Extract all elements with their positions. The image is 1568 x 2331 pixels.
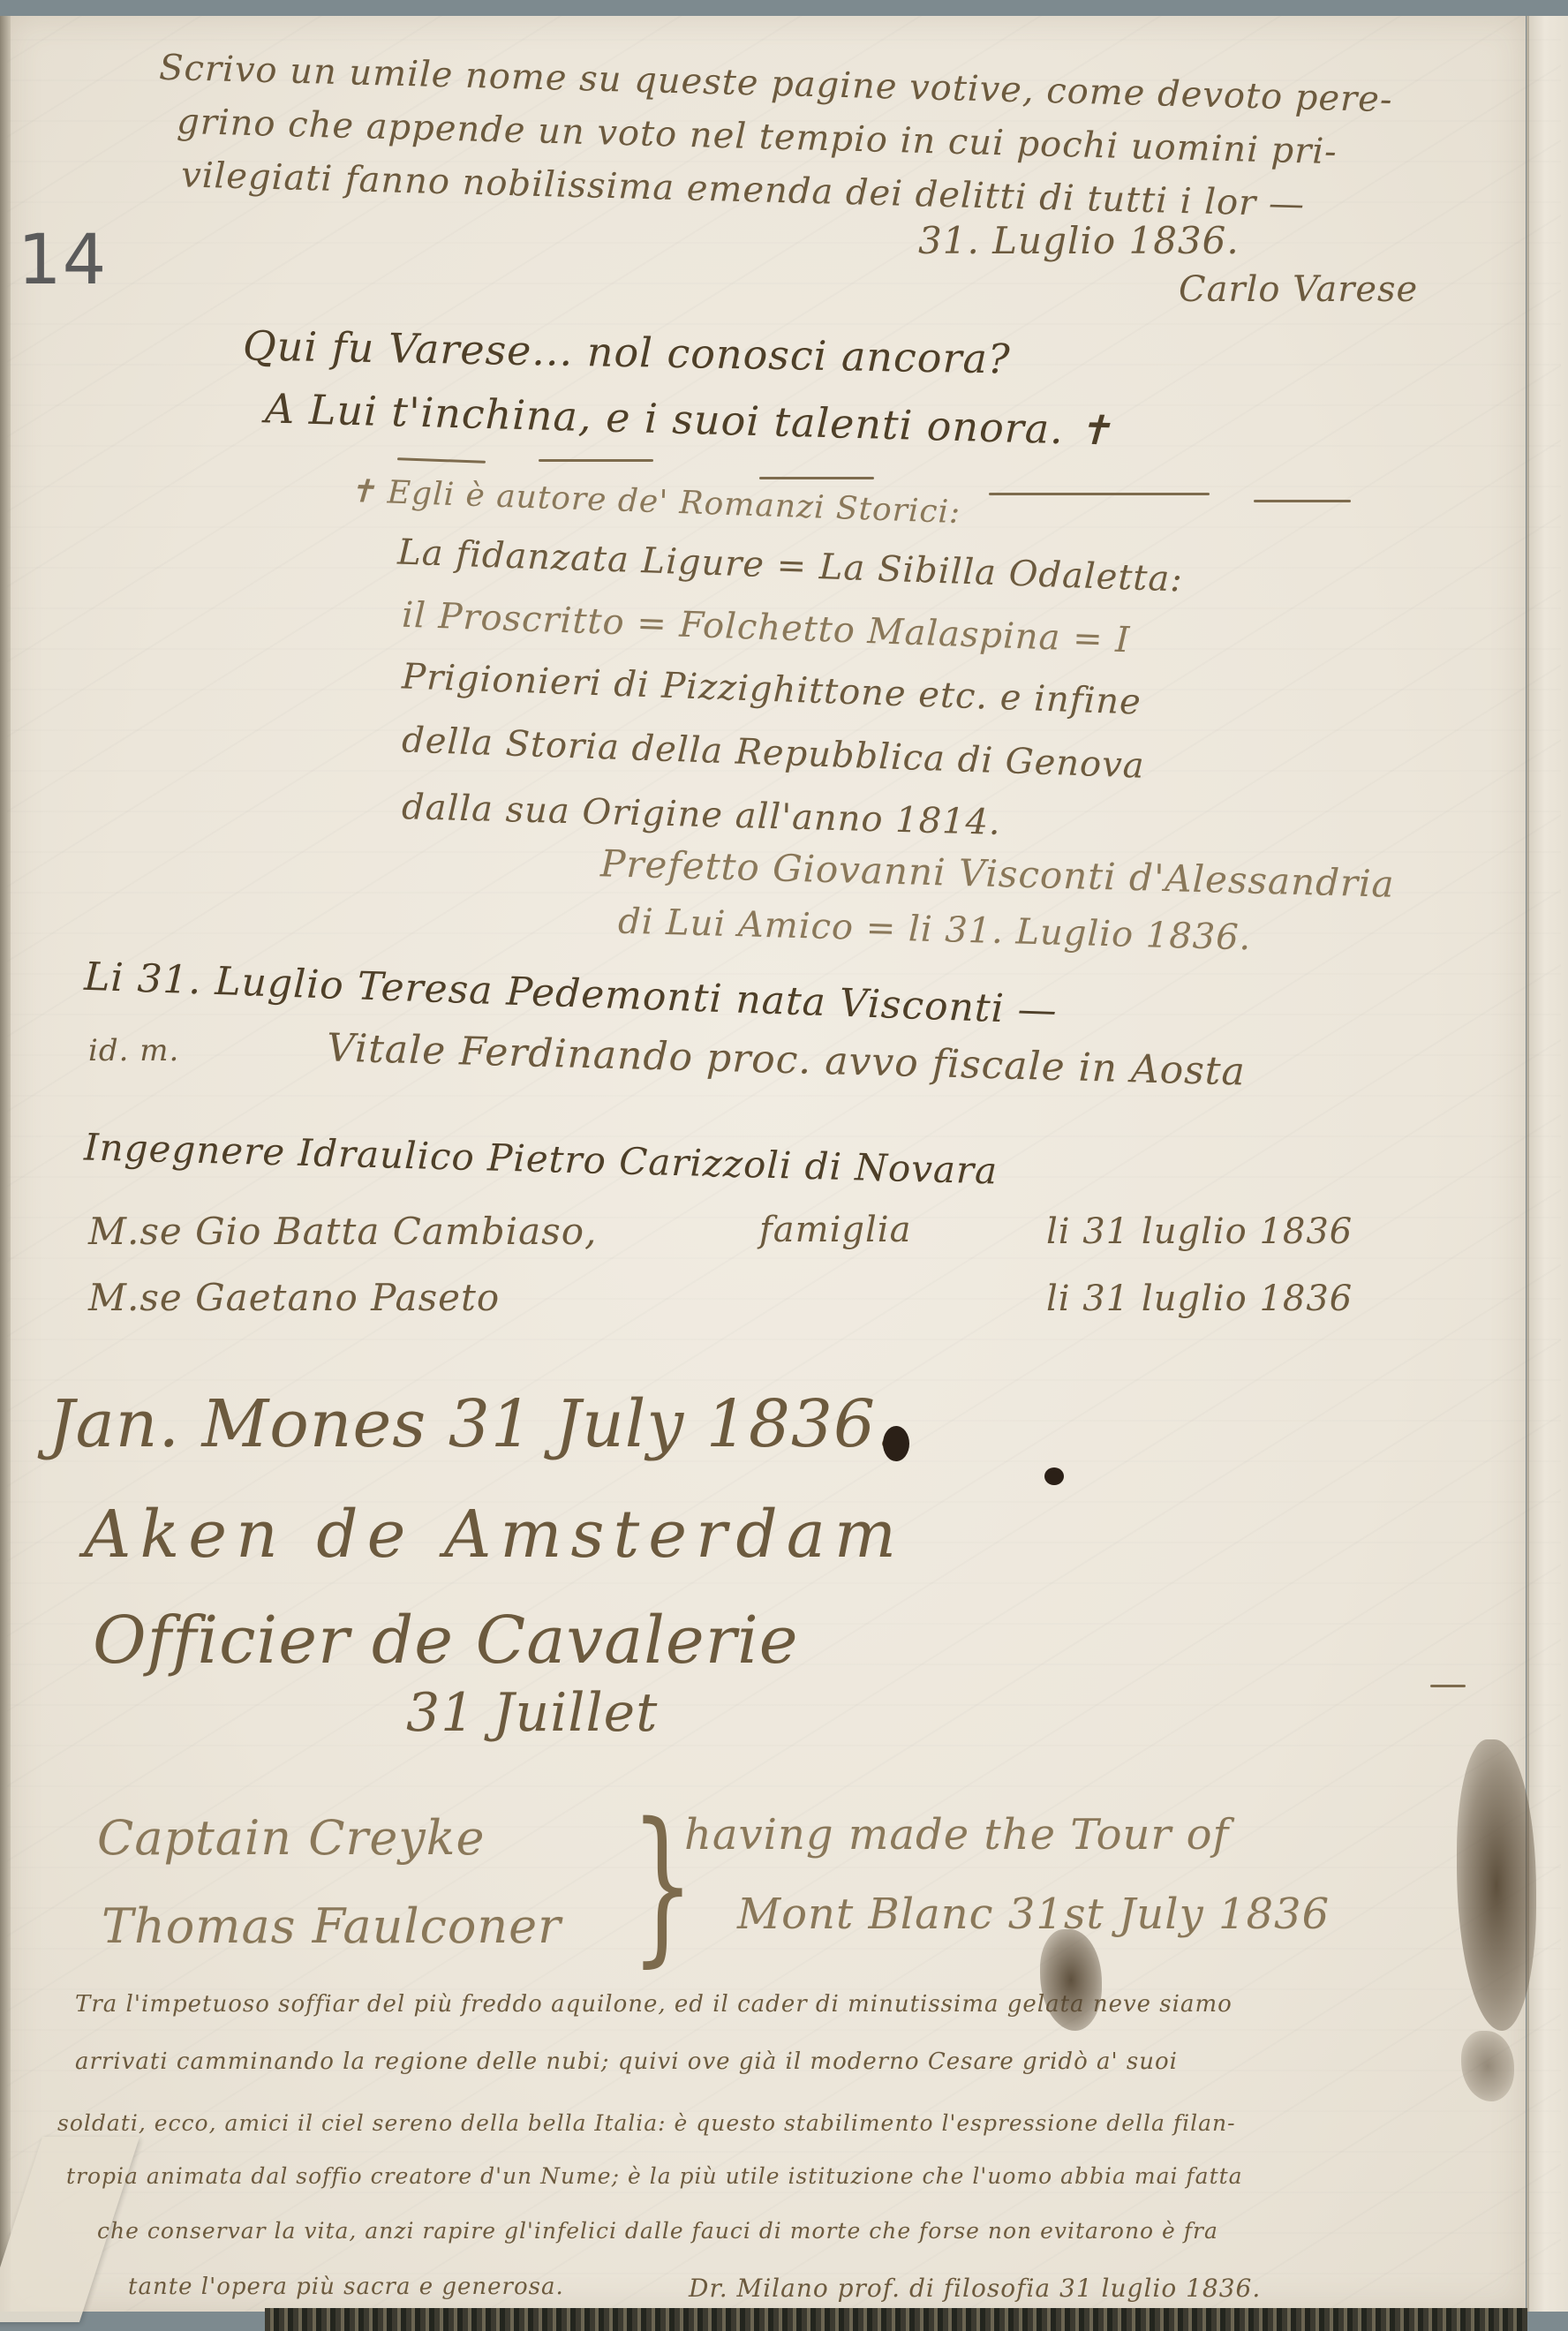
flourish xyxy=(1430,1685,1466,1687)
binding-spine xyxy=(0,16,11,2312)
entry-line: id. m. xyxy=(88,1033,179,1068)
entry-line: soldati, ecco, amici il ciel sereno dell… xyxy=(57,2110,1236,2136)
entry-signature: Dr. Milano prof. di filosofia 31 luglio … xyxy=(689,2274,1261,2303)
entry-line: che conservar la vita, anzi rapire gl'in… xyxy=(97,2218,1218,2244)
book-bottom-edge xyxy=(265,2308,1527,2331)
entry-signature: Carlo Varese xyxy=(1179,269,1418,310)
underline xyxy=(1254,500,1351,502)
ink-blot xyxy=(883,1426,909,1461)
ink-blot xyxy=(1044,1467,1064,1485)
entry-line: tropia animata dal soffio creatore d'un … xyxy=(66,2163,1243,2189)
page-number: 14 xyxy=(18,221,107,300)
statement-line: Mont Blanc 31st July 1836 xyxy=(737,1890,1330,1939)
entry-line: arrivati camminando la regione delle nub… xyxy=(75,2048,1178,2075)
underline xyxy=(759,477,874,479)
entry-line: tante l'opera più sacra e generosa. xyxy=(128,2274,564,2300)
next-page-edge xyxy=(1527,16,1568,2312)
traveler-name: Thomas Faulconer xyxy=(102,1898,562,1954)
entry-name: M.se Gio Batta Cambiaso, xyxy=(88,1210,597,1253)
entry-line: Jan. Mones 31 July 1836. xyxy=(49,1386,898,1462)
entry-name: M.se Gaetano Paseto xyxy=(88,1276,500,1319)
entry-date: li 31 luglio 1836 xyxy=(1046,1279,1353,1319)
entry-note: famiglia xyxy=(759,1210,911,1250)
entry-date: li 31 luglio 1836 xyxy=(1046,1211,1353,1252)
entry-line: Aken de Amsterdam xyxy=(84,1497,905,1573)
entry-date: 31. Luglio 1836. xyxy=(918,219,1240,262)
entry-line: Officier de Cavalerie xyxy=(93,1603,799,1678)
statement-line: having made the Tour of xyxy=(684,1810,1229,1860)
underline xyxy=(539,459,653,462)
entry-line: 31 Juillet xyxy=(406,1682,658,1744)
traveler-name: Captain Creyke xyxy=(97,1810,485,1866)
underline xyxy=(989,493,1210,495)
